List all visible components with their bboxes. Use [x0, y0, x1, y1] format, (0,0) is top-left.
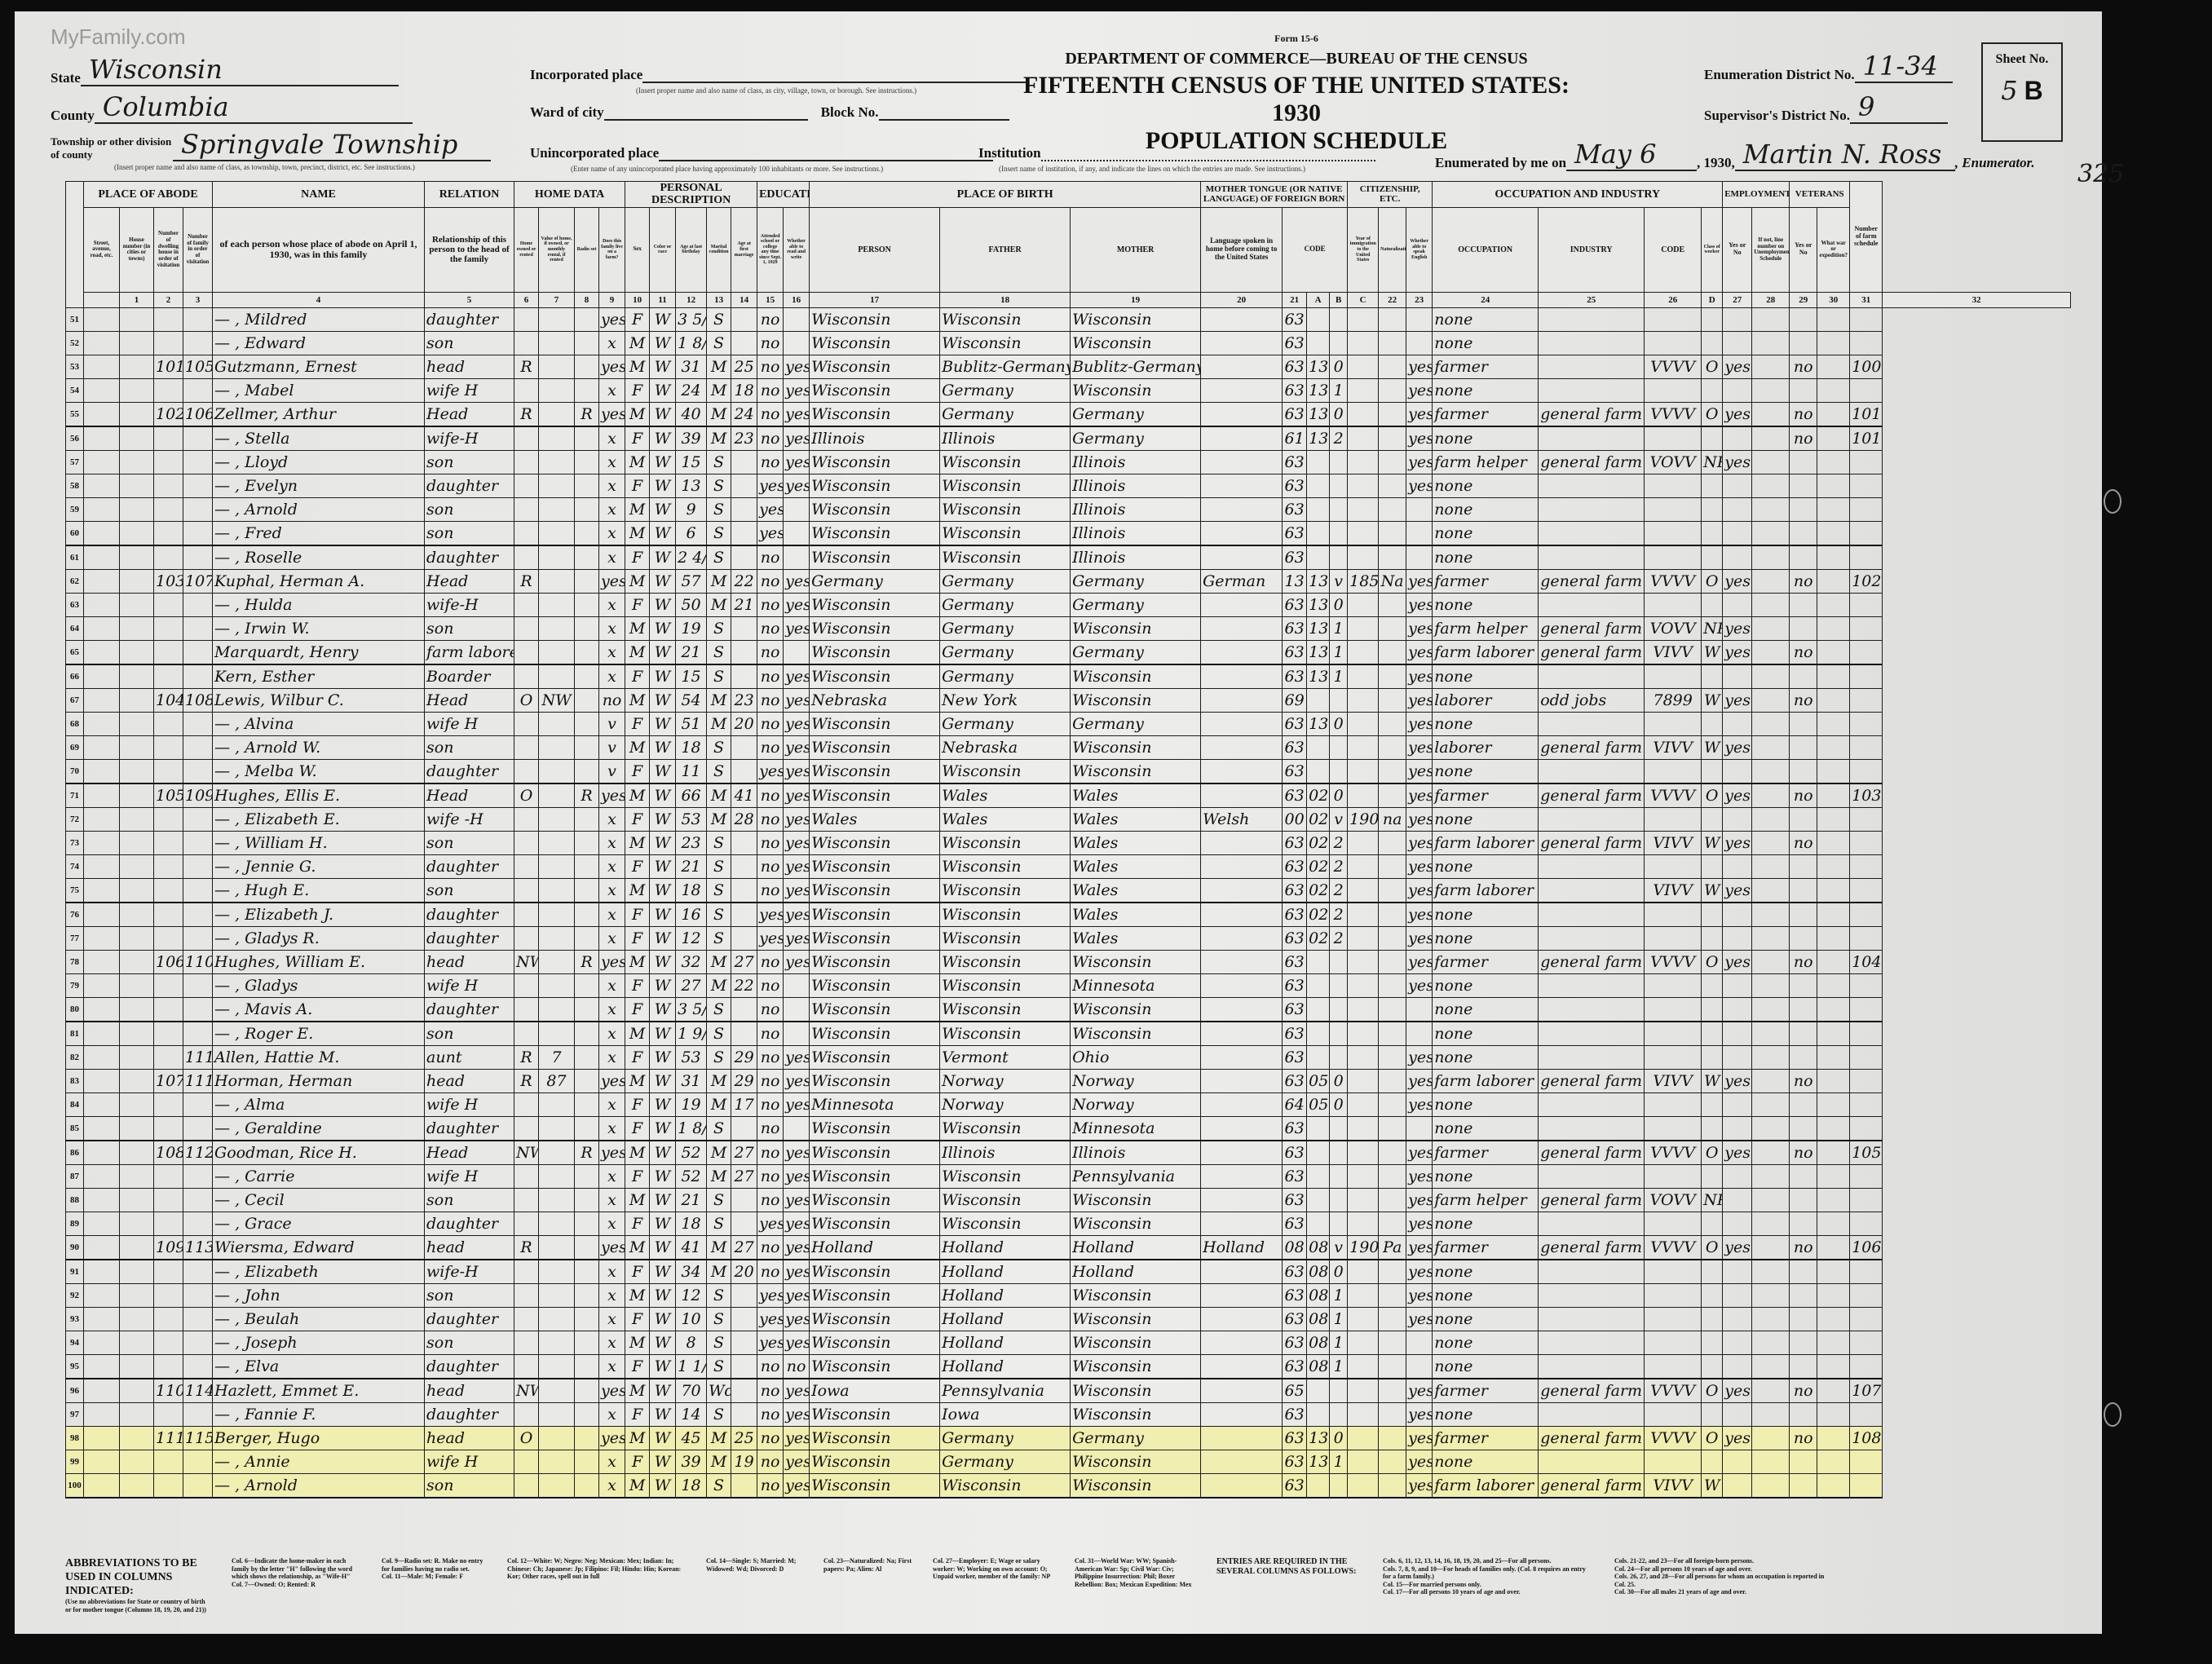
cell-own	[514, 1022, 539, 1046]
enumerated-date: May 6	[1566, 139, 1697, 171]
cell-eng: yes	[1406, 688, 1433, 712]
cell-read	[784, 331, 810, 355]
cell-nat	[1379, 521, 1406, 545]
line-number: 65	[66, 640, 84, 664]
cell-dw: 108	[154, 1141, 183, 1165]
cell-unemp	[1752, 521, 1790, 545]
abbrev-col7: Col. 7—Owned: O; Rented: R	[232, 1581, 362, 1589]
table-row: 66Kern, EstherBoarderxFW15SnoyesWisconsi…	[66, 664, 2071, 689]
cell-occode	[1645, 1092, 1702, 1116]
cell-street	[84, 593, 120, 616]
cell-occ: none	[1433, 759, 1539, 783]
cell-sex: F	[625, 474, 650, 497]
cell-fbp: Norway	[940, 1092, 1071, 1116]
cell-fbp: Wisconsin	[940, 926, 1071, 950]
cell-dw	[154, 1188, 183, 1212]
cell-name: Lewis, Wilbur C.	[213, 688, 425, 712]
cell-mar: M	[707, 712, 731, 735]
line-number: 72	[66, 807, 84, 831]
cell-war	[1817, 331, 1850, 355]
cell-ca: 63	[1283, 1141, 1307, 1165]
cell-fbp: Wisconsin	[940, 759, 1071, 783]
cell-sex: F	[625, 1307, 650, 1331]
cell-sex: F	[625, 1164, 650, 1188]
cell-vet	[1790, 521, 1817, 545]
cell-dw	[154, 1164, 183, 1188]
cell-radio	[575, 1164, 599, 1188]
cell-street	[84, 1235, 120, 1260]
cell-name: — , Roger E.	[213, 1022, 425, 1046]
table-row: 70— , Melba W.daughtervFW11SyesyesWiscon…	[66, 759, 2071, 783]
cell-eng: yes	[1406, 1307, 1433, 1331]
cell-fam	[183, 331, 213, 355]
cell-name: — , Elizabeth J.	[213, 903, 425, 927]
cell-lang	[1201, 1379, 1283, 1403]
cell-cls	[1702, 1212, 1723, 1235]
cell-ind	[1539, 903, 1645, 927]
cell-own: O	[514, 783, 539, 808]
cell-agem: 22	[731, 973, 757, 997]
cell-cb: 13	[1307, 355, 1330, 378]
cell-eng	[1406, 331, 1433, 355]
cell-work	[1723, 1116, 1752, 1141]
cell-bp: Germany	[810, 569, 940, 593]
cell-fs	[1850, 1045, 1883, 1069]
cell-read: yes	[784, 1212, 810, 1235]
cell-work	[1723, 854, 1752, 878]
column-number: 18	[940, 292, 1071, 307]
cell-mar: S	[707, 450, 731, 474]
cell-sch: no	[757, 1402, 784, 1426]
cell-war	[1817, 807, 1850, 831]
cell-vet: no	[1790, 1069, 1817, 1092]
cell-ind	[1539, 1354, 1645, 1379]
cell-eng: yes	[1406, 450, 1433, 474]
cell-farm: yes	[599, 1379, 625, 1403]
group-relation: RELATION	[425, 182, 514, 208]
cell-eng: yes	[1406, 735, 1433, 759]
cell-unemp	[1752, 664, 1790, 689]
col-radio: Radio set	[575, 207, 599, 292]
cell-imm	[1348, 426, 1379, 451]
cell-ca: 63	[1283, 664, 1307, 689]
cell-agem: 23	[731, 426, 757, 451]
cell-rel: daughter	[425, 759, 514, 783]
cell-cb	[1307, 1188, 1330, 1212]
cell-cb: 13	[1307, 664, 1330, 689]
cell-occ: none	[1433, 593, 1539, 616]
cell-fbp: Norway	[940, 1069, 1071, 1092]
cell-ind	[1539, 474, 1645, 497]
cell-own	[514, 664, 539, 689]
cell-work	[1723, 521, 1752, 545]
cell-own: O	[514, 1426, 539, 1450]
col-street: Street, avenue, road, etc.	[84, 207, 120, 292]
cell-fbp: Wisconsin	[940, 831, 1071, 854]
cell-lang	[1201, 688, 1283, 712]
cell-agem: 20	[731, 1260, 757, 1284]
cell-dw	[154, 1045, 183, 1069]
cell-vet	[1790, 735, 1817, 759]
cell-ca: 63	[1283, 1045, 1307, 1069]
cell-mar: S	[707, 1283, 731, 1307]
cell-age: 40	[676, 402, 707, 426]
cell-occode: VVVV	[1645, 1235, 1702, 1260]
cell-fbp: Bublitz-Germany	[940, 355, 1071, 378]
cell-sch: yes	[757, 1331, 784, 1354]
group-abode: PLACE OF ABODE	[84, 182, 213, 208]
county-field: County Columbia	[51, 91, 413, 124]
cell-race: W	[650, 1164, 676, 1188]
cell-radio	[575, 1235, 599, 1260]
col-occupation: OCCUPATION	[1433, 207, 1539, 292]
column-number: 12	[676, 292, 707, 307]
cell-nat	[1379, 1116, 1406, 1141]
cell-eng: yes	[1406, 1092, 1433, 1116]
cell-occ: none	[1433, 474, 1539, 497]
cell-sch: no	[757, 1164, 784, 1188]
cell-unemp	[1752, 1045, 1790, 1069]
cell-dw: 107	[154, 1069, 183, 1092]
cell-eng: yes	[1406, 593, 1433, 616]
cell-race: W	[650, 1092, 676, 1116]
cell-house	[120, 973, 154, 997]
cell-radio	[575, 1450, 599, 1473]
cell-cb: 13	[1307, 616, 1330, 640]
cell-farm: yes	[599, 1141, 625, 1165]
cell-val	[539, 569, 575, 593]
cell-house	[120, 1212, 154, 1235]
cell-occode	[1645, 545, 1702, 570]
line-number: 81	[66, 1022, 84, 1046]
cell-house	[120, 355, 154, 378]
cell-work	[1723, 1260, 1752, 1284]
cell-sex: M	[625, 1235, 650, 1260]
cell-farm: yes	[599, 569, 625, 593]
col-farm: Does this family live on a farm?	[599, 207, 625, 292]
cell-vet: no	[1790, 402, 1817, 426]
cell-fs	[1850, 1164, 1883, 1188]
cell-lang	[1201, 1450, 1283, 1473]
cell-fam	[183, 497, 213, 521]
cell-bp: Iowa	[810, 1379, 940, 1403]
cell-radio	[575, 1379, 599, 1403]
cell-agem	[731, 497, 757, 521]
cell-farm: x	[599, 1402, 625, 1426]
cell-fbp: Wisconsin	[940, 997, 1071, 1022]
cell-street	[84, 355, 120, 378]
cell-race: W	[650, 426, 676, 451]
cell-house	[120, 807, 154, 831]
cell-vet	[1790, 331, 1817, 355]
cell-race: W	[650, 450, 676, 474]
cell-agem	[731, 1116, 757, 1141]
cell-fs	[1850, 1307, 1883, 1331]
cell-age: 15	[676, 450, 707, 474]
cell-vet	[1790, 1473, 1817, 1498]
cell-cls	[1702, 712, 1723, 735]
cell-vet	[1790, 497, 1817, 521]
cell-age: 31	[676, 1069, 707, 1092]
cell-rel: son	[425, 1022, 514, 1046]
cell-cc: 1	[1330, 616, 1348, 640]
cell-house	[120, 1164, 154, 1188]
cell-ind	[1539, 997, 1645, 1022]
cell-rel: daughter	[425, 997, 514, 1022]
cell-bp: Wisconsin	[810, 355, 940, 378]
table-row: 71105109Hughes, Ellis E.HeadORyesMW66M41…	[66, 783, 2071, 808]
cell-farm: x	[599, 1164, 625, 1188]
cell-own	[514, 1188, 539, 1212]
cell-name: — , Edward	[213, 331, 425, 355]
cell-age: 18	[676, 1212, 707, 1235]
cell-vet: no	[1790, 355, 1817, 378]
cell-read: yes	[784, 759, 810, 783]
cell-bp: Wisconsin	[810, 854, 940, 878]
line-number: 74	[66, 854, 84, 878]
cell-occ: none	[1433, 1116, 1539, 1141]
cell-street	[84, 1164, 120, 1188]
cell-dw	[154, 497, 183, 521]
cell-race: W	[650, 355, 676, 378]
group-citizenship: CITIZENSHIP, ETC.	[1348, 182, 1433, 208]
cell-dw: 109	[154, 1235, 183, 1260]
cell-cb	[1307, 1022, 1330, 1046]
cell-read: yes	[784, 1045, 810, 1069]
column-number: 3	[183, 292, 213, 307]
cell-ca: 63	[1283, 545, 1307, 570]
cell-vet	[1790, 997, 1817, 1022]
cell-mbp: Germany	[1071, 640, 1201, 664]
cell-race: W	[650, 735, 676, 759]
cell-val	[539, 1426, 575, 1450]
cell-fs	[1850, 378, 1883, 402]
cell-name: Gutzmann, Ernest	[213, 355, 425, 378]
cell-radio	[575, 1069, 599, 1092]
cell-rel: head	[425, 1069, 514, 1092]
cell-read: yes	[784, 1379, 810, 1403]
cell-lang	[1201, 926, 1283, 950]
cell-work	[1723, 1022, 1752, 1046]
cell-war	[1817, 1331, 1850, 1354]
cell-nat	[1379, 426, 1406, 451]
cell-mar: S	[707, 854, 731, 878]
cell-fbp: Wisconsin	[940, 1116, 1071, 1141]
cell-sex: M	[625, 1283, 650, 1307]
cell-val	[539, 1283, 575, 1307]
cell-mbp: Wisconsin	[1071, 307, 1201, 331]
group-mother-tongue: MOTHER TONGUE (OR NATIVE LANGUAGE) OF FO…	[1201, 182, 1348, 208]
col-owned: Home owned or rented	[514, 207, 539, 292]
cell-sex: M	[625, 878, 650, 903]
state-label: State	[51, 70, 81, 86]
cell-name: — , Hugh E.	[213, 878, 425, 903]
cell-ind	[1539, 878, 1645, 903]
cell-occ: farmer	[1433, 355, 1539, 378]
entries-4: Col. 17—For all persons 10 years of age …	[1383, 1588, 1595, 1596]
cell-sch: no	[757, 950, 784, 973]
cell-race: W	[650, 1235, 676, 1260]
cell-age: 57	[676, 569, 707, 593]
form-title: Form 15-6 DEPARTMENT OF COMMERCE—BUREAU …	[1011, 33, 1582, 155]
cell-rel: daughter	[425, 1116, 514, 1141]
cell-sch: no	[757, 1473, 784, 1498]
cell-val	[539, 378, 575, 402]
cell-cls	[1702, 807, 1723, 831]
cell-mar: S	[707, 474, 731, 497]
cell-mar: M	[707, 1069, 731, 1092]
cell-dw: 104	[154, 688, 183, 712]
cell-lang	[1201, 402, 1283, 426]
institution-field: Institution	[978, 145, 1375, 161]
cell-mbp: Wales	[1071, 783, 1201, 808]
cell-read: yes	[784, 1164, 810, 1188]
cell-vet	[1790, 1283, 1817, 1307]
cell-sex: M	[625, 1141, 650, 1165]
cell-ca: 63	[1283, 783, 1307, 808]
cell-name: — , Annie	[213, 1450, 425, 1473]
cell-agem: 18	[731, 378, 757, 402]
col-race: Color or race	[650, 207, 676, 292]
line-number: 85	[66, 1116, 84, 1141]
cell-fam	[183, 1022, 213, 1046]
cell-occode: VVVV	[1645, 1141, 1702, 1165]
cell-cc: 0	[1330, 355, 1348, 378]
supervisor-value: 9	[1850, 91, 1948, 124]
cell-race: W	[650, 950, 676, 973]
enumerated-field: Enumerated by me on May 6 , 1930, Martin…	[1435, 139, 2035, 171]
state-field: State Wisconsin	[51, 54, 399, 86]
cell-lang	[1201, 640, 1283, 664]
col-code: CODE	[1283, 207, 1348, 292]
cell-sex: F	[625, 1450, 650, 1473]
cell-occode: VOVV	[1645, 616, 1702, 640]
cell-dw	[154, 474, 183, 497]
cell-sch: no	[757, 378, 784, 402]
cell-cls: W	[1702, 640, 1723, 664]
census-title: FIFTEENTH CENSUS OF THE UNITED STATES: 1…	[1011, 72, 1582, 127]
column-number: 6	[514, 292, 539, 307]
cell-mar: M	[707, 973, 731, 997]
cell-rel: son	[425, 1283, 514, 1307]
cell-bp: Wisconsin	[810, 759, 940, 783]
cell-fs	[1850, 664, 1883, 689]
cell-ca: 63	[1283, 1450, 1307, 1473]
cell-agem	[731, 735, 757, 759]
cell-fbp: Wales	[940, 783, 1071, 808]
county-value: Columbia	[95, 91, 413, 124]
institution-label: Institution	[978, 145, 1041, 161]
table-row: 82111Allen, Hattie M.auntR7xFW53S29noyes…	[66, 1045, 2071, 1069]
cell-work	[1723, 426, 1752, 451]
cell-cb	[1307, 973, 1330, 997]
cell-work: yes	[1723, 735, 1752, 759]
cell-farm: x	[599, 331, 625, 355]
cell-occ: none	[1433, 331, 1539, 355]
cell-sex: M	[625, 1473, 650, 1498]
cell-cls: W	[1702, 878, 1723, 903]
line-number: 96	[66, 1379, 84, 1403]
cell-sex: M	[625, 783, 650, 808]
cell-fbp: Illinois	[940, 1141, 1071, 1165]
cell-lang	[1201, 1069, 1283, 1092]
cell-lang	[1201, 1473, 1283, 1498]
cell-radio	[575, 1354, 599, 1379]
cell-val	[539, 854, 575, 878]
line-number: 64	[66, 616, 84, 640]
cell-val	[539, 402, 575, 426]
cell-agem	[731, 1283, 757, 1307]
cell-mar: S	[707, 1307, 731, 1331]
cell-street	[84, 759, 120, 783]
cell-age: 52	[676, 1164, 707, 1188]
cell-farm: yes	[599, 1235, 625, 1260]
cell-vet	[1790, 1354, 1817, 1379]
column-number: 26	[1645, 292, 1702, 307]
cell-bp: Wisconsin	[810, 926, 940, 950]
cell-fbp: Wisconsin	[940, 1188, 1071, 1212]
cell-name: — , Arnold	[213, 1473, 425, 1498]
cell-imm: 1900	[1348, 807, 1379, 831]
table-row: 79— , Gladyswife HxFW27M22noWisconsinWis…	[66, 973, 2071, 997]
cell-lang	[1201, 1116, 1283, 1141]
cell-agem: 25	[731, 355, 757, 378]
cell-fam	[183, 664, 213, 689]
cell-farm: x	[599, 521, 625, 545]
cell-name: Horman, Herman	[213, 1069, 425, 1092]
cell-val	[539, 1116, 575, 1141]
cell-house	[120, 783, 154, 808]
cell-occ: farm laborer	[1433, 1069, 1539, 1092]
cell-unemp	[1752, 450, 1790, 474]
cell-work	[1723, 712, 1752, 735]
cell-work	[1723, 1164, 1752, 1188]
cell-work	[1723, 807, 1752, 831]
cell-vet	[1790, 545, 1817, 570]
cell-occode	[1645, 1402, 1702, 1426]
cell-fbp: Wisconsin	[940, 1212, 1071, 1235]
cell-imm	[1348, 831, 1379, 854]
cell-sch: yes	[757, 759, 784, 783]
cell-house	[120, 450, 154, 474]
cell-ca: 63	[1283, 1260, 1307, 1284]
cell-own	[514, 926, 539, 950]
cell-occ: farm laborer	[1433, 1473, 1539, 1498]
cell-sch: no	[757, 1354, 784, 1379]
cell-fam	[183, 474, 213, 497]
cell-read	[784, 521, 810, 545]
cell-war	[1817, 1188, 1850, 1212]
table-row: 59— , ArnoldsonxMW9SyesWisconsinWisconsi…	[66, 497, 2071, 521]
cell-house	[120, 569, 154, 593]
cell-name: — , Beulah	[213, 1307, 425, 1331]
cell-own	[514, 735, 539, 759]
cell-ca: 63	[1283, 1331, 1307, 1354]
cell-val	[539, 1141, 575, 1165]
cell-own	[514, 807, 539, 831]
cell-ca: 63	[1283, 712, 1307, 735]
cell-occode	[1645, 1307, 1702, 1331]
cell-radio	[575, 1473, 599, 1498]
cell-dw	[154, 664, 183, 689]
cell-name: — , Elizabeth	[213, 1260, 425, 1284]
cell-mbp: Wales	[1071, 807, 1201, 831]
cell-bp: Wisconsin	[810, 735, 940, 759]
cell-val	[539, 973, 575, 997]
cell-war	[1817, 1402, 1850, 1426]
cell-work	[1723, 1354, 1752, 1379]
cell-occ: farm laborer	[1433, 831, 1539, 854]
